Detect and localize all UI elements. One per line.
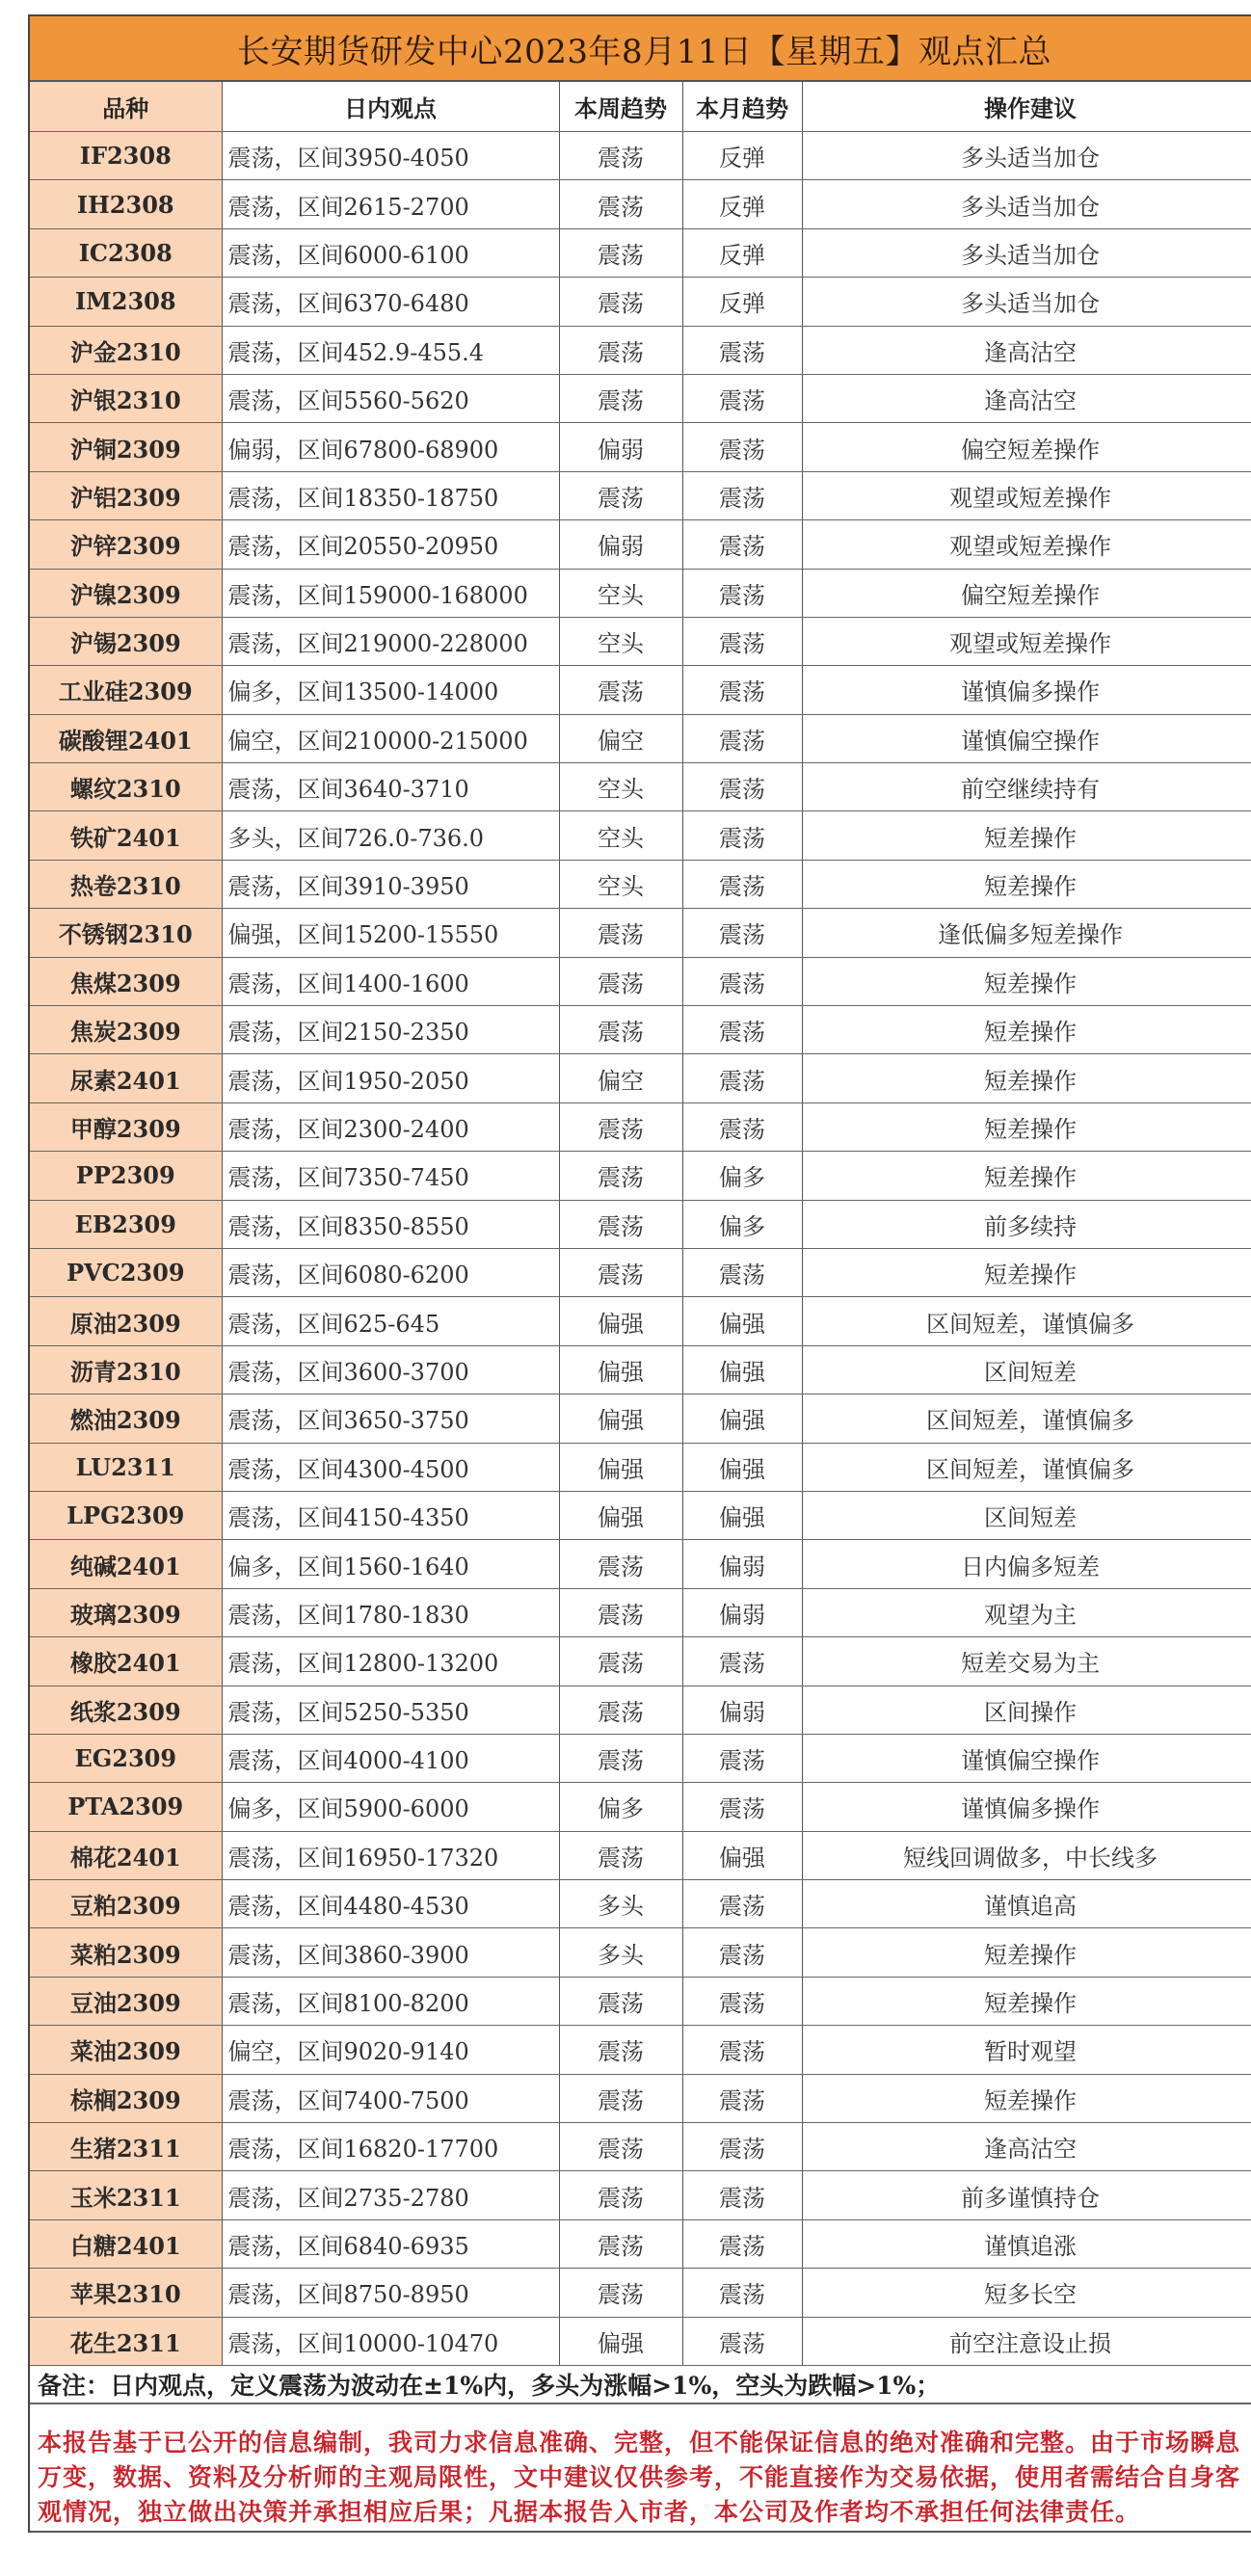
table-row: 尿素2401震荡，区间1950-2050偏空震荡短差操作	[30, 1054, 1251, 1102]
monthly-trend-cell: 震荡	[682, 326, 802, 374]
suggestion-cell: 逢高沽空	[802, 2123, 1251, 2171]
table-row: 沪锌2309震荡，区间20550-20950偏弱震荡观望或短差操作	[30, 520, 1251, 569]
weekly-trend-cell: 震荡	[559, 180, 682, 228]
table-row: 棕榈2309震荡，区间7400-7500震荡震荡短差操作	[30, 2074, 1251, 2122]
variety-cell: IM2308	[30, 278, 222, 326]
intraday-view-cell: 偏空，区间9020-9140	[222, 2026, 559, 2074]
suggestion-cell: 逢高沽空	[802, 374, 1251, 422]
header-variety: 品种	[30, 82, 222, 132]
intraday-view-cell: 震荡，区间12800-13200	[222, 1637, 559, 1686]
variety-cell: 豆粕2309	[30, 1880, 222, 1928]
weekly-trend-cell: 震荡	[559, 1637, 682, 1686]
variety-cell: 菜油2309	[30, 2026, 222, 2074]
table-row: 碳酸锂2401偏空，区间210000-215000偏空震荡谨慎偏空操作	[30, 714, 1251, 762]
variety-cell: 铁矿2401	[30, 811, 222, 860]
intraday-view-cell: 震荡，区间20550-20950	[222, 520, 559, 569]
weekly-trend-cell: 偏强	[559, 1443, 682, 1491]
suggestion-cell: 多头适当加仓	[802, 132, 1251, 180]
intraday-view-cell: 震荡，区间16820-17700	[222, 2123, 559, 2171]
suggestion-cell: 区间短差	[802, 1345, 1251, 1394]
variety-cell: PP2309	[30, 1152, 222, 1200]
table-row: 焦煤2309震荡，区间1400-1600震荡震荡短差操作	[30, 957, 1251, 1005]
variety-cell: PVC2309	[30, 1248, 222, 1296]
page-title: 长安期货研发中心2023年8月11日【星期五】观点汇总	[30, 16, 1251, 82]
table-row: IC2308震荡，区间6000-6100震荡反弹多头适当加仓	[30, 228, 1251, 277]
intraday-view-cell: 震荡，区间219000-228000	[222, 617, 559, 665]
variety-cell: LU2311	[30, 1443, 222, 1491]
table-row: 菜油2309偏空，区间9020-9140震荡震荡暂时观望	[30, 2026, 1251, 2074]
suggestion-cell: 短线回调做多，中长线多	[802, 1831, 1251, 1879]
monthly-trend-cell: 震荡	[682, 2219, 802, 2268]
variety-cell: 白糖2401	[30, 2219, 222, 2268]
intraday-view-cell: 震荡，区间625-645	[222, 1297, 559, 1345]
monthly-trend-cell: 震荡	[682, 1248, 802, 1296]
table-row: IF2308震荡，区间3950-4050震荡反弹多头适当加仓	[30, 132, 1251, 180]
table-row: IH2308震荡，区间2615-2700震荡反弹多头适当加仓	[30, 180, 1251, 228]
weekly-trend-cell: 震荡	[559, 957, 682, 1005]
intraday-view-cell: 震荡，区间2300-2400	[222, 1102, 559, 1151]
weekly-trend-cell: 震荡	[559, 1686, 682, 1734]
suggestion-cell: 观望或短差操作	[802, 520, 1251, 569]
intraday-view-cell: 多头，区间726.0-736.0	[222, 811, 559, 860]
weekly-trend-cell: 震荡	[559, 1102, 682, 1151]
table-row: 玉米2311震荡，区间2735-2780震荡震荡前多谨慎持仓	[30, 2171, 1251, 2219]
weekly-trend-cell: 震荡	[559, 1977, 682, 2025]
weekly-trend-cell: 偏空	[559, 714, 682, 762]
suggestion-cell: 前空注意设止损	[802, 2317, 1251, 2365]
intraday-view-cell: 偏多，区间1560-1640	[222, 1540, 559, 1588]
table-row: IM2308震荡，区间6370-6480震荡反弹多头适当加仓	[30, 278, 1251, 326]
suggestion-cell: 短差操作	[802, 1152, 1251, 1200]
variety-cell: 甲醇2309	[30, 1102, 222, 1151]
suggestion-cell: 区间短差，谨慎偏多	[802, 1394, 1251, 1443]
monthly-trend-cell: 震荡	[682, 763, 802, 811]
monthly-trend-cell: 偏弱	[682, 1588, 802, 1636]
weekly-trend-cell: 震荡	[559, 1006, 682, 1054]
suggestion-cell: 日内偏多短差	[802, 1540, 1251, 1588]
variety-cell: 豆油2309	[30, 1977, 222, 2025]
intraday-view-cell: 偏强，区间15200-15550	[222, 909, 559, 957]
variety-cell: PTA2309	[30, 1783, 222, 1831]
intraday-view-cell: 震荡，区间2615-2700	[222, 180, 559, 228]
weekly-trend-cell: 震荡	[559, 2123, 682, 2171]
variety-cell: 棕榈2309	[30, 2074, 222, 2122]
intraday-view-cell: 震荡，区间2150-2350	[222, 1006, 559, 1054]
variety-cell: 焦煤2309	[30, 957, 222, 1005]
intraday-view-cell: 震荡，区间1950-2050	[222, 1054, 559, 1102]
intraday-view-cell: 震荡，区间3640-3710	[222, 763, 559, 811]
suggestion-cell: 区间操作	[802, 1686, 1251, 1734]
monthly-trend-cell: 震荡	[682, 1054, 802, 1102]
table-row: 豆油2309震荡，区间8100-8200震荡震荡短差操作	[30, 1977, 1251, 2025]
variety-cell: 花生2311	[30, 2317, 222, 2365]
variety-cell: 沪锌2309	[30, 520, 222, 569]
weekly-trend-cell: 空头	[559, 811, 682, 860]
suggestion-cell: 前多谨慎持仓	[802, 2171, 1251, 2219]
monthly-trend-cell: 偏多	[682, 1200, 802, 1248]
intraday-view-cell: 震荡，区间8350-8550	[222, 1200, 559, 1248]
intraday-view-cell: 偏弱，区间67800-68900	[222, 423, 559, 471]
header-monthly-trend: 本月趋势	[682, 82, 802, 132]
intraday-view-cell: 震荡，区间1780-1830	[222, 1588, 559, 1636]
table-row: 工业硅2309偏多，区间13500-14000震荡震荡谨慎偏多操作	[30, 666, 1251, 714]
monthly-trend-cell: 震荡	[682, 714, 802, 762]
summary-sheet: 长安期货研发中心2023年8月11日【星期五】观点汇总 品种 日内观点 本周趋势…	[28, 14, 1251, 2533]
suggestion-cell: 前多续持	[802, 1200, 1251, 1248]
table-row: 橡胶2401震荡，区间12800-13200震荡震荡短差交易为主	[30, 1637, 1251, 1686]
table-row: 菜粕2309震荡，区间3860-3900多头震荡短差操作	[30, 1928, 1251, 1977]
suggestion-cell: 短差操作	[802, 1248, 1251, 1296]
table-row: 不锈钢2310偏强，区间15200-15550震荡震荡逢低偏多短差操作	[30, 909, 1251, 957]
header-suggestion: 操作建议	[802, 82, 1251, 132]
variety-cell: IH2308	[30, 180, 222, 228]
table-row: 热卷2310震荡，区间3910-3950空头震荡短差操作	[30, 860, 1251, 908]
weekly-trend-cell: 震荡	[559, 666, 682, 714]
table-row: 沪铝2309震荡，区间18350-18750震荡震荡观望或短差操作	[30, 471, 1251, 519]
weekly-trend-cell: 震荡	[559, 2171, 682, 2219]
table-row: PVC2309震荡，区间6080-6200震荡震荡短差操作	[30, 1248, 1251, 1296]
monthly-trend-cell: 偏强	[682, 1297, 802, 1345]
variety-cell: 生猪2311	[30, 2123, 222, 2171]
header-intraday-view: 日内观点	[222, 82, 559, 132]
table-row: 沪镍2309震荡，区间159000-168000空头震荡偏空短差操作	[30, 569, 1251, 617]
variety-cell: 橡胶2401	[30, 1637, 222, 1686]
table-row: EG2309震荡，区间4000-4100震荡震荡谨慎偏空操作	[30, 1734, 1251, 1782]
weekly-trend-cell: 震荡	[559, 1152, 682, 1200]
monthly-trend-cell: 反弹	[682, 180, 802, 228]
intraday-view-cell: 震荡，区间3950-4050	[222, 132, 559, 180]
header-row: 品种 日内观点 本周趋势 本月趋势 操作建议	[30, 82, 1251, 132]
weekly-trend-cell: 偏强	[559, 1345, 682, 1394]
table-row: 沪金2310震荡，区间452.9-455.4震荡震荡逢高沽空	[30, 326, 1251, 374]
suggestion-cell: 观望或短差操作	[802, 471, 1251, 519]
intraday-view-cell: 震荡，区间5560-5620	[222, 374, 559, 422]
weekly-trend-cell: 震荡	[559, 2269, 682, 2317]
intraday-view-cell: 震荡，区间3650-3750	[222, 1394, 559, 1443]
table-row: 甲醇2309震荡，区间2300-2400震荡震荡短差操作	[30, 1102, 1251, 1151]
intraday-view-cell: 震荡，区间16950-17320	[222, 1831, 559, 1879]
table-row: 纸浆2309震荡，区间5250-5350震荡偏弱区间操作	[30, 1686, 1251, 1734]
weekly-trend-cell: 偏强	[559, 1297, 682, 1345]
header-weekly-trend: 本周趋势	[559, 82, 682, 132]
table-row: 豆粕2309震荡，区间4480-4530多头震荡谨慎追高	[30, 1880, 1251, 1928]
weekly-trend-cell: 震荡	[559, 374, 682, 422]
intraday-view-cell: 震荡，区间8750-8950	[222, 2269, 559, 2317]
intraday-view-cell: 震荡，区间159000-168000	[222, 569, 559, 617]
weekly-trend-cell: 偏多	[559, 1783, 682, 1831]
weekly-trend-cell: 震荡	[559, 132, 682, 180]
suggestion-cell: 逢低偏多短差操作	[802, 909, 1251, 957]
intraday-view-cell: 震荡，区间6080-6200	[222, 1248, 559, 1296]
disclaimer: 本报告基于已公开的信息编制，我司力求信息准确、完整，但不能保证信息的绝对准确和完…	[30, 2404, 1251, 2533]
table-row: EB2309震荡，区间8350-8550震荡偏多前多续持	[30, 1200, 1251, 1248]
suggestion-cell: 谨慎追涨	[802, 2219, 1251, 2268]
variety-cell: 苹果2310	[30, 2269, 222, 2317]
variety-cell: 原油2309	[30, 1297, 222, 1345]
intraday-view-cell: 震荡，区间3910-3950	[222, 860, 559, 908]
intraday-view-cell: 震荡，区间18350-18750	[222, 471, 559, 519]
suggestion-cell: 前空继续持有	[802, 763, 1251, 811]
weekly-trend-cell: 震荡	[559, 278, 682, 326]
monthly-trend-cell: 反弹	[682, 228, 802, 277]
suggestion-cell: 观望为主	[802, 1588, 1251, 1636]
variety-cell: 沪金2310	[30, 326, 222, 374]
monthly-trend-cell: 反弹	[682, 132, 802, 180]
weekly-trend-cell: 偏强	[559, 2317, 682, 2365]
variety-cell: 碳酸锂2401	[30, 714, 222, 762]
intraday-view-cell: 震荡，区间7350-7450	[222, 1152, 559, 1200]
variety-cell: EG2309	[30, 1734, 222, 1782]
suggestion-cell: 暂时观望	[802, 2026, 1251, 2074]
suggestion-cell: 短差操作	[802, 1102, 1251, 1151]
suggestion-cell: 谨慎偏多操作	[802, 666, 1251, 714]
variety-cell: 纯碱2401	[30, 1540, 222, 1588]
intraday-view-cell: 震荡，区间4300-4500	[222, 1443, 559, 1491]
monthly-trend-cell: 偏弱	[682, 1686, 802, 1734]
monthly-trend-cell: 震荡	[682, 423, 802, 471]
suggestion-cell: 短差操作	[802, 1977, 1251, 2025]
suggestion-cell: 短差操作	[802, 860, 1251, 908]
intraday-view-cell: 震荡，区间6000-6100	[222, 228, 559, 277]
weekly-trend-cell: 偏弱	[559, 423, 682, 471]
table-row: 白糖2401震荡，区间6840-6935震荡震荡谨慎追涨	[30, 2219, 1251, 2268]
intraday-view-cell: 震荡，区间7400-7500	[222, 2074, 559, 2122]
intraday-view-cell: 震荡，区间452.9-455.4	[222, 326, 559, 374]
table-row: PTA2309偏多，区间5900-6000偏多震荡谨慎偏多操作	[30, 1783, 1251, 1831]
monthly-trend-cell: 震荡	[682, 471, 802, 519]
variety-cell: 焦炭2309	[30, 1006, 222, 1054]
intraday-view-cell: 震荡，区间6370-6480	[222, 278, 559, 326]
monthly-trend-cell: 偏强	[682, 1345, 802, 1394]
table-row: 铁矿2401多头，区间726.0-736.0空头震荡短差操作	[30, 811, 1251, 860]
suggestion-cell: 多头适当加仓	[802, 180, 1251, 228]
variety-cell: 沪银2310	[30, 374, 222, 422]
monthly-trend-cell: 偏强	[682, 1831, 802, 1879]
intraday-view-cell: 震荡，区间8100-8200	[222, 1977, 559, 2025]
variety-cell: 玻璃2309	[30, 1588, 222, 1636]
variety-cell: 燃油2309	[30, 1394, 222, 1443]
monthly-trend-cell: 震荡	[682, 957, 802, 1005]
intraday-view-cell: 震荡，区间5250-5350	[222, 1686, 559, 1734]
weekly-trend-cell: 震荡	[559, 326, 682, 374]
note-row: 备注：日内观点，定义震荡为波动在±1%内，多头为涨幅>1%，空头为跌幅>1%；	[30, 2366, 1251, 2404]
suggestion-cell: 短差操作	[802, 1928, 1251, 1977]
weekly-trend-cell: 空头	[559, 860, 682, 908]
monthly-trend-cell: 偏弱	[682, 1540, 802, 1588]
suggestion-cell: 短多长空	[802, 2269, 1251, 2317]
monthly-trend-cell: 震荡	[682, 2317, 802, 2365]
suggestion-cell: 短差交易为主	[802, 1637, 1251, 1686]
table-row: 花生2311震荡，区间10000-10470偏强震荡前空注意设止损	[30, 2317, 1251, 2365]
suggestion-cell: 谨慎偏空操作	[802, 714, 1251, 762]
monthly-trend-cell: 震荡	[682, 2123, 802, 2171]
weekly-trend-cell: 空头	[559, 569, 682, 617]
monthly-trend-cell: 震荡	[682, 1637, 802, 1686]
variety-cell: 沪锡2309	[30, 617, 222, 665]
weekly-trend-cell: 偏空	[559, 1054, 682, 1102]
weekly-trend-cell: 空头	[559, 763, 682, 811]
monthly-trend-cell: 震荡	[682, 1880, 802, 1928]
views-table: 品种 日内观点 本周趋势 本月趋势 操作建议 IF2308震荡，区间3950-4…	[30, 82, 1251, 2366]
monthly-trend-cell: 震荡	[682, 909, 802, 957]
table-row: 燃油2309震荡，区间3650-3750偏强偏强区间短差，谨慎偏多	[30, 1394, 1251, 1443]
monthly-trend-cell: 震荡	[682, 1928, 802, 1977]
table-row: PP2309震荡，区间7350-7450震荡偏多短差操作	[30, 1152, 1251, 1200]
suggestion-cell: 观望或短差操作	[802, 617, 1251, 665]
monthly-trend-cell: 偏强	[682, 1394, 802, 1443]
suggestion-cell: 谨慎偏多操作	[802, 1783, 1251, 1831]
suggestion-cell: 多头适当加仓	[802, 278, 1251, 326]
monthly-trend-cell: 震荡	[682, 1783, 802, 1831]
intraday-view-cell: 偏多，区间13500-14000	[222, 666, 559, 714]
weekly-trend-cell: 震荡	[559, 2074, 682, 2122]
intraday-view-cell: 震荡，区间1400-1600	[222, 957, 559, 1005]
weekly-trend-cell: 震荡	[559, 1734, 682, 1782]
monthly-trend-cell: 偏多	[682, 1152, 802, 1200]
weekly-trend-cell: 偏强	[559, 1394, 682, 1443]
variety-cell: 沥青2310	[30, 1345, 222, 1394]
intraday-view-cell: 震荡，区间4000-4100	[222, 1734, 559, 1782]
suggestion-cell: 短差操作	[802, 1006, 1251, 1054]
suggestion-cell: 区间短差，谨慎偏多	[802, 1297, 1251, 1345]
suggestion-cell: 逢高沽空	[802, 326, 1251, 374]
weekly-trend-cell: 震荡	[559, 1540, 682, 1588]
variety-cell: 不锈钢2310	[30, 909, 222, 957]
table-row: 螺纹2310震荡，区间3640-3710空头震荡前空继续持有	[30, 763, 1251, 811]
variety-cell: 沪铜2309	[30, 423, 222, 471]
monthly-trend-cell: 震荡	[682, 2074, 802, 2122]
table-row: LPG2309震荡，区间4150-4350偏强偏强区间短差	[30, 1491, 1251, 1539]
monthly-trend-cell: 偏强	[682, 1491, 802, 1539]
table-row: 玻璃2309震荡，区间1780-1830震荡偏弱观望为主	[30, 1588, 1251, 1636]
table-row: 焦炭2309震荡，区间2150-2350震荡震荡短差操作	[30, 1006, 1251, 1054]
variety-cell: EB2309	[30, 1200, 222, 1248]
weekly-trend-cell: 偏强	[559, 1491, 682, 1539]
table-row: 沪铜2309偏弱，区间67800-68900偏弱震荡偏空短差操作	[30, 423, 1251, 471]
monthly-trend-cell: 震荡	[682, 520, 802, 569]
monthly-trend-cell: 震荡	[682, 1977, 802, 2025]
intraday-view-cell: 震荡，区间6840-6935	[222, 2219, 559, 2268]
monthly-trend-cell: 震荡	[682, 1006, 802, 1054]
monthly-trend-cell: 震荡	[682, 374, 802, 422]
variety-cell: 沪铝2309	[30, 471, 222, 519]
suggestion-cell: 短差操作	[802, 1054, 1251, 1102]
suggestion-cell: 偏空短差操作	[802, 569, 1251, 617]
monthly-trend-cell: 震荡	[682, 666, 802, 714]
intraday-view-cell: 震荡，区间4150-4350	[222, 1491, 559, 1539]
suggestion-cell: 偏空短差操作	[802, 423, 1251, 471]
suggestion-cell: 谨慎偏空操作	[802, 1734, 1251, 1782]
intraday-view-cell: 震荡，区间4480-4530	[222, 1880, 559, 1928]
weekly-trend-cell: 震荡	[559, 1588, 682, 1636]
variety-cell: 尿素2401	[30, 1054, 222, 1102]
table-row: 沪银2310震荡，区间5560-5620震荡震荡逢高沽空	[30, 374, 1251, 422]
monthly-trend-cell: 震荡	[682, 2269, 802, 2317]
table-row: LU2311震荡，区间4300-4500偏强偏强区间短差，谨慎偏多	[30, 1443, 1251, 1491]
variety-cell: 螺纹2310	[30, 763, 222, 811]
variety-cell: LPG2309	[30, 1491, 222, 1539]
weekly-trend-cell: 震荡	[559, 2219, 682, 2268]
table-row: 生猪2311震荡，区间16820-17700震荡震荡逢高沽空	[30, 2123, 1251, 2171]
table-row: 苹果2310震荡，区间8750-8950震荡震荡短多长空	[30, 2269, 1251, 2317]
monthly-trend-cell: 反弹	[682, 278, 802, 326]
weekly-trend-cell: 震荡	[559, 1200, 682, 1248]
weekly-trend-cell: 多头	[559, 1880, 682, 1928]
variety-cell: 棉花2401	[30, 1831, 222, 1879]
weekly-trend-cell: 震荡	[559, 909, 682, 957]
suggestion-cell: 区间短差，谨慎偏多	[802, 1443, 1251, 1491]
table-row: 沥青2310震荡，区间3600-3700偏强偏强区间短差	[30, 1345, 1251, 1394]
weekly-trend-cell: 震荡	[559, 2026, 682, 2074]
monthly-trend-cell: 震荡	[682, 2026, 802, 2074]
variety-cell: 工业硅2309	[30, 666, 222, 714]
weekly-trend-cell: 多头	[559, 1928, 682, 1977]
monthly-trend-cell: 震荡	[682, 569, 802, 617]
monthly-trend-cell: 震荡	[682, 1102, 802, 1151]
intraday-view-cell: 偏多，区间5900-6000	[222, 1783, 559, 1831]
table-row: 原油2309震荡，区间625-645偏强偏强区间短差，谨慎偏多	[30, 1297, 1251, 1345]
table-row: 沪锡2309震荡，区间219000-228000空头震荡观望或短差操作	[30, 617, 1251, 665]
variety-cell: 纸浆2309	[30, 1686, 222, 1734]
suggestion-cell: 短差操作	[802, 2074, 1251, 2122]
intraday-view-cell: 偏空，区间210000-215000	[222, 714, 559, 762]
monthly-trend-cell: 震荡	[682, 2171, 802, 2219]
variety-cell: 玉米2311	[30, 2171, 222, 2219]
suggestion-cell: 短差操作	[802, 811, 1251, 860]
variety-cell: 沪镍2309	[30, 569, 222, 617]
table-row: 纯碱2401偏多，区间1560-1640震荡偏弱日内偏多短差	[30, 1540, 1251, 1588]
intraday-view-cell: 震荡，区间3860-3900	[222, 1928, 559, 1977]
variety-cell: IC2308	[30, 228, 222, 277]
weekly-trend-cell: 偏弱	[559, 520, 682, 569]
monthly-trend-cell: 偏强	[682, 1443, 802, 1491]
variety-cell: IF2308	[30, 132, 222, 180]
suggestion-cell: 短差操作	[802, 957, 1251, 1005]
weekly-trend-cell: 震荡	[559, 1248, 682, 1296]
intraday-view-cell: 震荡，区间10000-10470	[222, 2317, 559, 2365]
weekly-trend-cell: 震荡	[559, 1831, 682, 1879]
monthly-trend-cell: 震荡	[682, 860, 802, 908]
monthly-trend-cell: 震荡	[682, 811, 802, 860]
variety-cell: 热卷2310	[30, 860, 222, 908]
weekly-trend-cell: 震荡	[559, 471, 682, 519]
intraday-view-cell: 震荡，区间2735-2780	[222, 2171, 559, 2219]
suggestion-cell: 谨慎追高	[802, 1880, 1251, 1928]
monthly-trend-cell: 震荡	[682, 1734, 802, 1782]
monthly-trend-cell: 震荡	[682, 617, 802, 665]
suggestion-cell: 区间短差	[802, 1491, 1251, 1539]
table-row: 棉花2401震荡，区间16950-17320震荡偏强短线回调做多，中长线多	[30, 1831, 1251, 1879]
weekly-trend-cell: 震荡	[559, 228, 682, 277]
variety-cell: 菜粕2309	[30, 1928, 222, 1977]
weekly-trend-cell: 空头	[559, 617, 682, 665]
intraday-view-cell: 震荡，区间3600-3700	[222, 1345, 559, 1394]
suggestion-cell: 多头适当加仓	[802, 228, 1251, 277]
